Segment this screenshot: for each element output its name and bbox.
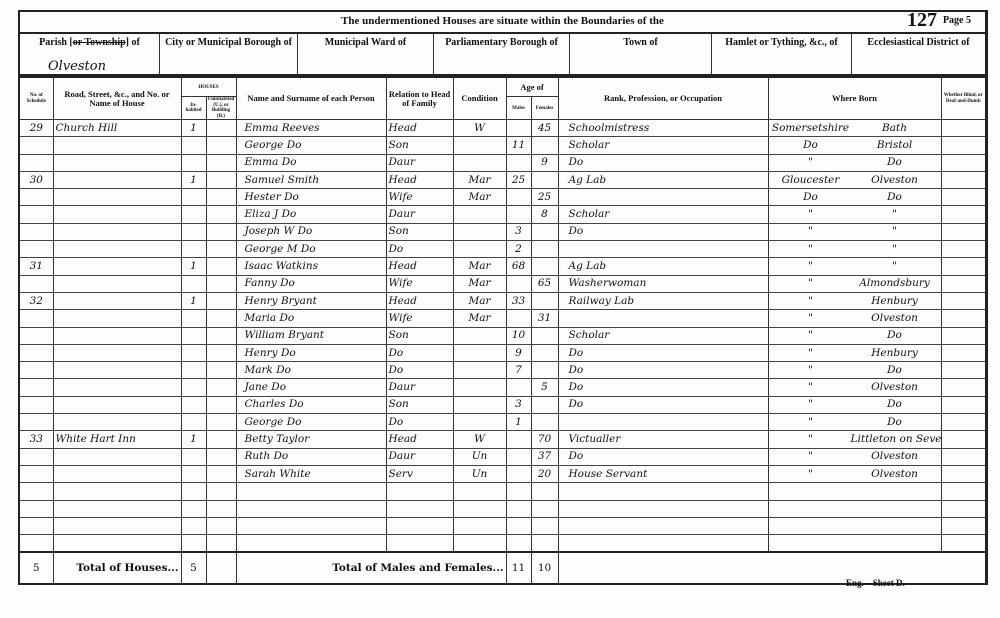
age-female: 20 — [531, 465, 558, 482]
person-name: Emma Do — [236, 154, 386, 171]
born-county: " — [771, 449, 851, 464]
condition — [453, 206, 506, 223]
road-name — [53, 154, 181, 171]
birthplace: "Do — [768, 396, 941, 413]
age-female — [531, 517, 558, 534]
road-name — [53, 448, 181, 465]
inhabited-count — [181, 448, 206, 465]
age-male: 3 — [506, 396, 531, 413]
condition: Un — [453, 448, 506, 465]
occupation — [558, 310, 768, 327]
age-female — [531, 241, 558, 258]
district-row: Parish [or Township] of Olveston City or… — [18, 32, 988, 76]
occupation: Ag Lab — [558, 171, 768, 188]
person-name — [236, 517, 386, 534]
inhabited-count — [181, 137, 206, 154]
table-row: 33White Hart Inn1Betty TaylorHeadW70Vict… — [19, 431, 987, 448]
born-place: Bath — [851, 121, 939, 136]
inhabited-count — [181, 310, 206, 327]
schedule-number — [19, 310, 53, 327]
relation: Wife — [386, 310, 453, 327]
person-name: Emma Reeves — [236, 120, 386, 137]
schedule-number — [19, 206, 53, 223]
born-county: Somersetshire — [771, 121, 851, 136]
road-name — [53, 396, 181, 413]
table-row: George M DoDo2"" — [19, 241, 987, 258]
birthplace: "Olveston — [768, 379, 941, 396]
col-males: Males — [506, 97, 531, 120]
relation: Daur — [386, 206, 453, 223]
inhabited-count — [181, 396, 206, 413]
age-female — [531, 414, 558, 431]
schedule-number — [19, 344, 53, 361]
person-name: Mark Do — [236, 362, 386, 379]
inhabited-count — [181, 154, 206, 171]
table-row: 301Samuel SmithHeadMar25Ag LabGloucester… — [19, 171, 987, 188]
relation: Son — [386, 223, 453, 240]
table-row: Eliza J DoDaur8Scholar"" — [19, 206, 987, 223]
total-houses-label: Total of Houses... — [53, 552, 181, 584]
condition — [453, 535, 506, 553]
occupation — [558, 189, 768, 206]
col-uninhabited: Uninhabited (U.), or Building (B.) — [206, 97, 236, 120]
table-row: Ruth DoDaurUn37Do"Olveston — [19, 448, 987, 465]
banner-text: The undermentioned Houses are situate wi… — [20, 15, 985, 27]
birthplace: "Olveston — [768, 465, 941, 482]
age-female — [531, 362, 558, 379]
table-row: Hester DoWifeMar25DoDo — [19, 189, 987, 206]
road-name — [53, 275, 181, 292]
relation: Head — [386, 292, 453, 309]
born-place: Littleton on Severn — [851, 432, 939, 447]
born-county: Do — [771, 190, 851, 205]
born-place: Almondsbury — [851, 276, 939, 291]
inhabited-count: 1 — [181, 120, 206, 137]
schedule-number — [19, 189, 53, 206]
table-row: Henry DoDo9Do"Henbury — [19, 344, 987, 361]
birthplace: GloucesterOlveston — [768, 171, 941, 188]
person-name: Isaac Watkins — [236, 258, 386, 275]
born-place: " — [851, 224, 939, 239]
relation: Do — [386, 362, 453, 379]
table-row: William BryantSon10Scholar"Do — [19, 327, 987, 344]
inhabited-count: 1 — [181, 171, 206, 188]
born-place: Olveston — [851, 467, 939, 482]
condition — [453, 241, 506, 258]
person-name: Betty Taylor — [236, 431, 386, 448]
age-male — [506, 465, 531, 482]
occupation — [558, 500, 768, 517]
relation: Son — [386, 327, 453, 344]
district-hamlet: Hamlet or Tything, &c., of — [712, 34, 852, 74]
table-row: Sarah WhiteServUn20House Servant"Olvesto… — [19, 465, 987, 482]
born-county: " — [771, 311, 851, 326]
birthplace: "" — [768, 223, 941, 240]
col-females: Females — [531, 97, 558, 120]
inhabited-count — [181, 189, 206, 206]
condition — [453, 223, 506, 240]
sheet-footer: Eng.—Sheet D. — [846, 578, 905, 588]
table-row: Joseph W DoSon3Do"" — [19, 223, 987, 240]
born-place: " — [851, 242, 939, 257]
born-place: Do — [851, 363, 939, 378]
age-female — [531, 292, 558, 309]
born-place: Olveston — [851, 173, 939, 188]
road-name — [53, 414, 181, 431]
age-male — [506, 483, 531, 500]
person-name — [236, 500, 386, 517]
age-female — [531, 171, 558, 188]
relation: Daur — [386, 448, 453, 465]
age-male: 3 — [506, 223, 531, 240]
road-name — [53, 223, 181, 240]
person-name: Hester Do — [236, 189, 386, 206]
born-place: Do — [851, 397, 939, 412]
condition: Mar — [453, 310, 506, 327]
table-row: 29Church Hill1Emma ReevesHeadW45Schoolmi… — [19, 120, 987, 137]
occupation: Do — [558, 344, 768, 361]
occupation: Scholar — [558, 327, 768, 344]
schedule-number — [19, 396, 53, 413]
table-row: Fanny DoWifeMar65Washerwoman"Almondsbury — [19, 275, 987, 292]
age-male: 25 — [506, 171, 531, 188]
condition — [453, 344, 506, 361]
district-borough: City or Municipal Borough of — [160, 34, 298, 74]
inhabited-count: 1 — [181, 431, 206, 448]
schedule-number — [19, 414, 53, 431]
age-female — [531, 344, 558, 361]
relation: Serv — [386, 465, 453, 482]
table-row — [19, 483, 987, 500]
age-male: 68 — [506, 258, 531, 275]
banner-row: The undermentioned Houses are situate wi… — [18, 10, 988, 32]
relation: Son — [386, 396, 453, 413]
inhabited-count — [181, 379, 206, 396]
age-male — [506, 379, 531, 396]
schedule-number — [19, 241, 53, 258]
road-name — [53, 171, 181, 188]
occupation: Schoolmistress — [558, 120, 768, 137]
road-name — [53, 362, 181, 379]
inhabited-count — [181, 465, 206, 482]
age-female: 45 — [531, 120, 558, 137]
age-male: 7 — [506, 362, 531, 379]
born-county: " — [771, 224, 851, 239]
born-county: " — [771, 397, 851, 412]
road-name — [53, 206, 181, 223]
birthplace: "Olveston — [768, 448, 941, 465]
road-name — [53, 292, 181, 309]
col-occupation: Rank, Profession, or Occupation — [558, 77, 768, 120]
table-row: 311Isaac WatkinsHeadMar68Ag Lab"" — [19, 258, 987, 275]
birthplace — [768, 517, 941, 534]
born-place: Do — [851, 155, 939, 170]
relation: Wife — [386, 275, 453, 292]
schedule-number — [19, 500, 53, 517]
age-male: 9 — [506, 344, 531, 361]
condition — [453, 379, 506, 396]
condition: W — [453, 431, 506, 448]
born-place: Do — [851, 328, 939, 343]
total-females: 10 — [531, 552, 558, 584]
road-name — [53, 258, 181, 275]
road-name — [53, 344, 181, 361]
person-name: Fanny Do — [236, 275, 386, 292]
district-parish: Parish [or Township] of Olveston — [20, 34, 160, 74]
born-place: Olveston — [851, 449, 939, 464]
relation — [386, 500, 453, 517]
relation — [386, 483, 453, 500]
schedule-number: 31 — [19, 258, 53, 275]
inhabited-count — [181, 483, 206, 500]
district-ward: Municipal Ward of — [298, 34, 434, 74]
birthplace: "Do — [768, 154, 941, 171]
relation: Do — [386, 414, 453, 431]
schedule-number — [19, 517, 53, 534]
person-name: Joseph W Do — [236, 223, 386, 240]
schedule-number — [19, 483, 53, 500]
age-female — [531, 327, 558, 344]
age-male — [506, 120, 531, 137]
age-male — [506, 448, 531, 465]
inhabited-count — [181, 535, 206, 553]
road-name — [53, 310, 181, 327]
relation: Daur — [386, 379, 453, 396]
schedule-number — [19, 275, 53, 292]
condition — [453, 396, 506, 413]
total-males: 11 — [506, 552, 531, 584]
age-female — [531, 137, 558, 154]
born-place: Olveston — [851, 380, 939, 395]
birthplace — [768, 535, 941, 553]
inhabited-count — [181, 414, 206, 431]
relation: Wife — [386, 189, 453, 206]
person-name: Eliza J Do — [236, 206, 386, 223]
relation: Do — [386, 344, 453, 361]
condition — [453, 154, 506, 171]
folio-number: 127 — [907, 9, 937, 32]
person-name: George Do — [236, 137, 386, 154]
table-row — [19, 517, 987, 534]
occupation: Do — [558, 448, 768, 465]
schedule-number: 29 — [19, 120, 53, 137]
born-place: " — [851, 207, 939, 222]
born-county: " — [771, 259, 851, 274]
occupation: Scholar — [558, 206, 768, 223]
occupation: Victualler — [558, 431, 768, 448]
person-name: Jane Do — [236, 379, 386, 396]
person-name: Sarah White — [236, 465, 386, 482]
born-county: " — [771, 380, 851, 395]
occupation: Do — [558, 154, 768, 171]
schedule-number: 30 — [19, 171, 53, 188]
condition: Mar — [453, 292, 506, 309]
condition — [453, 500, 506, 517]
birthplace: "" — [768, 206, 941, 223]
age-female: 37 — [531, 448, 558, 465]
born-place: Bristol — [851, 138, 939, 153]
relation: Daur — [386, 154, 453, 171]
age-male: 11 — [506, 137, 531, 154]
total-houses: 5 — [181, 552, 206, 584]
age-female: 31 — [531, 310, 558, 327]
condition — [453, 414, 506, 431]
inhabited-count — [181, 241, 206, 258]
condition — [453, 517, 506, 534]
birthplace: "" — [768, 241, 941, 258]
table-row: Mark DoDo7Do"Do — [19, 362, 987, 379]
relation: Son — [386, 137, 453, 154]
person-name: Henry Bryant — [236, 292, 386, 309]
age-male: 1 — [506, 414, 531, 431]
person-name: Samuel Smith — [236, 171, 386, 188]
road-name: Church Hill — [53, 120, 181, 137]
schedule-number — [19, 465, 53, 482]
relation: Head — [386, 120, 453, 137]
born-county: " — [771, 328, 851, 343]
person-name: Charles Do — [236, 396, 386, 413]
age-male: 33 — [506, 292, 531, 309]
age-female: 70 — [531, 431, 558, 448]
age-female — [531, 535, 558, 553]
occupation — [558, 241, 768, 258]
inhabited-count — [181, 500, 206, 517]
relation: Do — [386, 241, 453, 258]
district-ecclesiastical: Ecclesiastical District of — [852, 34, 985, 74]
schedule-number — [19, 448, 53, 465]
person-name — [236, 483, 386, 500]
road-name — [53, 500, 181, 517]
district-parliamentary: Parliamentary Borough of — [434, 34, 570, 74]
road-name — [53, 189, 181, 206]
schedule-number — [19, 379, 53, 396]
person-name: William Bryant — [236, 327, 386, 344]
relation: Head — [386, 258, 453, 275]
table-row — [19, 500, 987, 517]
occupation: Do — [558, 379, 768, 396]
totals-row: 5 Total of Houses... 5 Total of Males an… — [19, 552, 987, 584]
born-place: " — [851, 259, 939, 274]
age-male — [506, 154, 531, 171]
inhabited-count — [181, 344, 206, 361]
age-female: 8 — [531, 206, 558, 223]
road-name — [53, 137, 181, 154]
age-male — [506, 500, 531, 517]
born-county: " — [771, 207, 851, 222]
age-female: 25 — [531, 189, 558, 206]
age-male — [506, 535, 531, 553]
born-county: " — [771, 346, 851, 361]
col-houses: HOUSES — [181, 77, 236, 97]
total-persons-label: Total of Males and Females... — [236, 552, 506, 584]
parish-value: Olveston — [28, 62, 159, 72]
born-county: Gloucester — [771, 173, 851, 188]
table-row: Maria DoWifeMar31"Olveston — [19, 310, 987, 327]
person-name — [236, 535, 386, 553]
age-female — [531, 500, 558, 517]
table-row: George DoDo1"Do — [19, 414, 987, 431]
schedule-number: 33 — [19, 431, 53, 448]
road-name — [53, 465, 181, 482]
table-row: George DoSon11ScholarDoBristol — [19, 137, 987, 154]
schedule-number — [19, 362, 53, 379]
census-table: No. of Schedule Road, Street, &c., and N… — [18, 76, 988, 585]
road-name — [53, 327, 181, 344]
age-male: 10 — [506, 327, 531, 344]
birthplace: "Littleton on Severn — [768, 431, 941, 448]
inhabited-count — [181, 362, 206, 379]
occupation — [558, 414, 768, 431]
occupation: House Servant — [558, 465, 768, 482]
census-rows: 29Church Hill1Emma ReevesHeadW45Schoolmi… — [19, 120, 987, 553]
age-female — [531, 258, 558, 275]
born-county: " — [771, 415, 851, 430]
born-county: " — [771, 432, 851, 447]
table-row: 321Henry BryantHeadMar33Railway Lab"Henb… — [19, 292, 987, 309]
person-name: Henry Do — [236, 344, 386, 361]
road-name — [53, 483, 181, 500]
table-row — [19, 535, 987, 553]
born-place: Henbury — [851, 294, 939, 309]
road-name: White Hart Inn — [53, 431, 181, 448]
born-place: Do — [851, 190, 939, 205]
condition: Mar — [453, 275, 506, 292]
census-sheet: The undermentioned Houses are situate wi… — [18, 10, 988, 578]
inhabited-count — [181, 517, 206, 534]
birthplace: "Olveston — [768, 310, 941, 327]
age-male — [506, 189, 531, 206]
inhabited-count — [181, 275, 206, 292]
condition: Un — [453, 465, 506, 482]
col-schedule: No. of Schedule — [19, 77, 53, 120]
inhabited-count: 1 — [181, 258, 206, 275]
district-town: Town of — [570, 34, 712, 74]
age-male — [506, 206, 531, 223]
occupation — [558, 483, 768, 500]
born-county: " — [771, 242, 851, 257]
condition: W — [453, 120, 506, 137]
schedule-number — [19, 535, 53, 553]
condition: Mar — [453, 258, 506, 275]
condition — [453, 483, 506, 500]
age-male — [506, 310, 531, 327]
occupation: Washerwoman — [558, 275, 768, 292]
schedule-number — [19, 154, 53, 171]
birthplace — [768, 500, 941, 517]
born-county: " — [771, 276, 851, 291]
birthplace: "Do — [768, 362, 941, 379]
born-county: " — [771, 294, 851, 309]
col-blind: Whether Blind, or Deaf-and-Dumb — [941, 77, 986, 120]
condition — [453, 327, 506, 344]
born-county: " — [771, 155, 851, 170]
col-name: Name and Surname of each Person — [236, 77, 386, 120]
birthplace: "Do — [768, 327, 941, 344]
relation: Head — [386, 431, 453, 448]
birthplace: "Almondsbury — [768, 275, 941, 292]
age-female — [531, 396, 558, 413]
occupation: Ag Lab — [558, 258, 768, 275]
age-female: 5 — [531, 379, 558, 396]
road-name — [53, 379, 181, 396]
born-county: " — [771, 467, 851, 482]
person-name: George Do — [236, 414, 386, 431]
born-county: Do — [771, 138, 851, 153]
birthplace — [768, 483, 941, 500]
col-inhabited: In-habited — [181, 97, 206, 120]
relation — [386, 535, 453, 553]
condition: Mar — [453, 189, 506, 206]
